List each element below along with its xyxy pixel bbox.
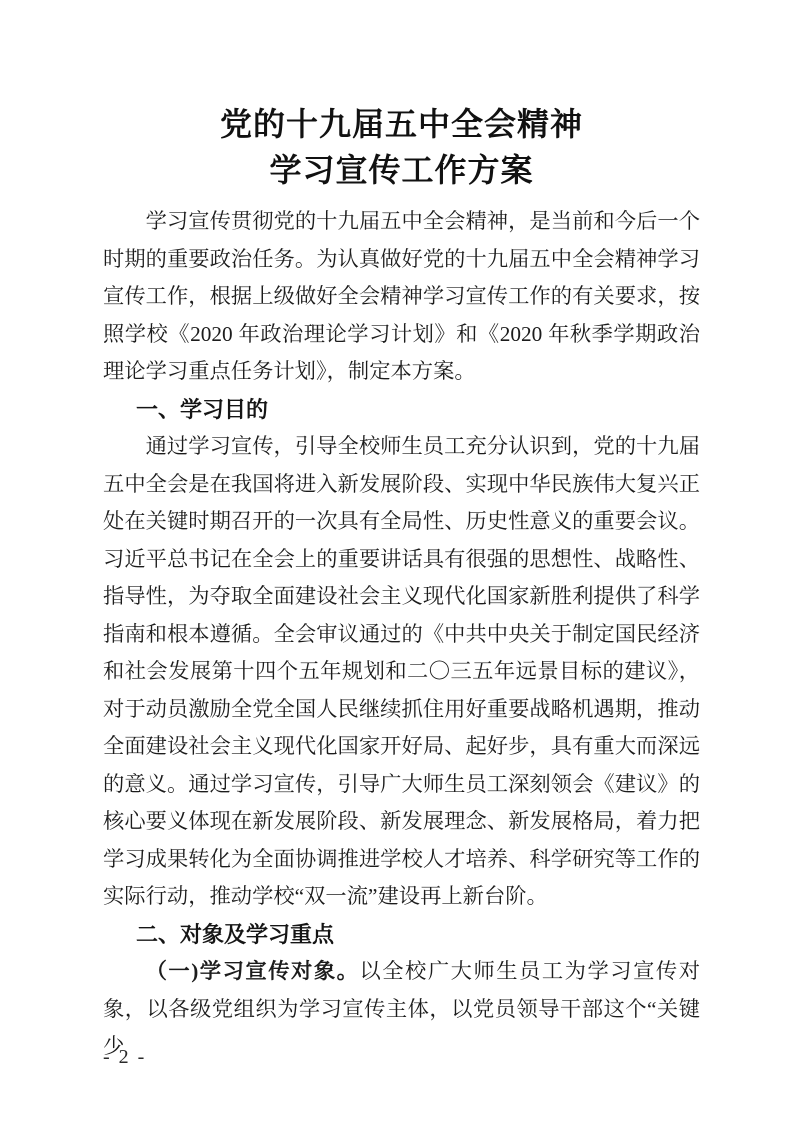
page-number: - 2 -: [103, 1046, 146, 1069]
section-heading-1: 一、学习目的: [103, 391, 700, 429]
section-heading-2: 二、对象及学习重点: [103, 916, 700, 954]
section2-paragraph: （一)学习宣传对象。以全校广大师生员工为学习宣传对象，以各级党组织为学习宣传主体…: [103, 953, 700, 1066]
doc-title-line-1: 党的十九届五中全会精神: [103, 101, 700, 147]
document-page: 党的十九届五中全会精神 学习宣传工作方案 学习宣传贯彻党的十九届五中全会精神，是…: [0, 0, 799, 1131]
doc-title-line-2: 学习宣传工作方案: [103, 147, 700, 193]
intro-paragraph: 学习宣传贯彻党的十九届五中全会精神，是当前和今后一个时期的重要政治任务。为认真做…: [103, 203, 700, 391]
section1-paragraph: 通过学习宣传，引导全校师生员工充分认识到，党的十九届五中全会是在我国将进入新发展…: [103, 428, 700, 916]
document-content: 党的十九届五中全会精神 学习宣传工作方案 学习宣传贯彻党的十九届五中全会精神，是…: [103, 0, 700, 1066]
section2-paragraph-lead: （一)学习宣传对象。: [146, 959, 360, 983]
